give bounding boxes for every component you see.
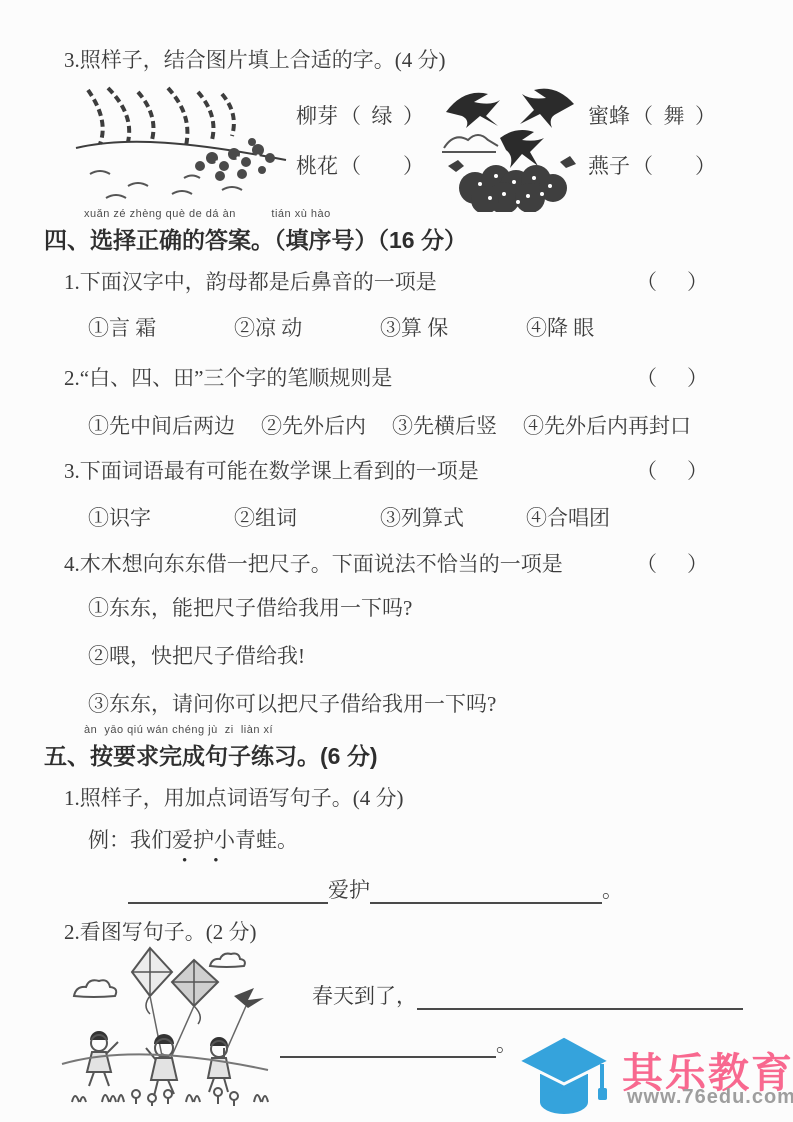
sec4-q4-text: 4.木木想向东东借一把尺子。下面说法不恰当的一项是 bbox=[64, 548, 563, 578]
swallows-flowers-illustration bbox=[440, 82, 580, 212]
fill-label: 桃花 bbox=[296, 154, 338, 178]
open-paren: （ bbox=[636, 459, 657, 483]
close-paren: ） bbox=[403, 104, 424, 128]
site-url: www.76edu.com bbox=[627, 1086, 793, 1109]
sec4-q2-options: ①先中间后两边 ②先外后内 ③先横后竖 ④先外后内再封口 bbox=[88, 410, 691, 440]
close-paren: ） bbox=[687, 366, 708, 390]
sec5-q1-text: 1.照样子，用加点词语写句子。(4 分) bbox=[64, 782, 404, 812]
open-paren: （ bbox=[340, 154, 361, 178]
fill-item-bee: 蜜蜂（舞） bbox=[588, 100, 718, 130]
option-3: ③算 保 bbox=[380, 312, 526, 342]
answer-blank bbox=[128, 878, 328, 904]
kite-flying-illustration bbox=[58, 944, 272, 1106]
open-paren: （ bbox=[636, 552, 657, 576]
example-sentence: 例：我们爱护小青蛙。 bbox=[88, 824, 298, 854]
close-paren: ） bbox=[695, 154, 716, 178]
answer-blank bbox=[417, 984, 743, 1010]
sec4-q1-text: 1.下面汉字中，韵母都是后鼻音的一项是 bbox=[64, 266, 437, 296]
option-2: ②先外后内 bbox=[261, 410, 366, 440]
example-prefix: 例：我们 bbox=[88, 828, 172, 852]
blossom-cluster bbox=[195, 138, 275, 181]
example-dotted-word: 爱护 bbox=[172, 828, 214, 852]
sec4-q3-options: ①识字 ②组词 ③列算式 ④合唱团 bbox=[88, 502, 610, 532]
option-2: ②组词 bbox=[234, 502, 380, 532]
example-suffix: 小青蛙。 bbox=[214, 828, 298, 852]
fill-label: 柳芽 bbox=[296, 104, 338, 128]
open-paren: （ bbox=[632, 154, 653, 178]
hill-outline bbox=[442, 135, 498, 152]
open-paren: （ bbox=[340, 104, 361, 128]
close-paren: ） bbox=[695, 104, 716, 128]
period: 。 bbox=[602, 874, 623, 904]
sec4-q3-text: 3.下面词语最有可能在数学课上看到的一项是 bbox=[64, 455, 479, 485]
option-1: ①言 霜 bbox=[88, 312, 234, 342]
option-4: ④合唱团 bbox=[526, 502, 610, 532]
fill-label: 燕子 bbox=[588, 154, 630, 178]
sec4-q4-answer-slot: （） bbox=[636, 548, 708, 578]
close-paren: ） bbox=[687, 552, 708, 576]
sec4-q1-answer-slot: （） bbox=[636, 266, 708, 296]
worksheet-page: 3.照样子，结合图片填上合适的字。(4 分) 柳芽（绿） bbox=[0, 0, 793, 1122]
q3-title: 3.照样子，结合图片填上合适的字。(4 分) bbox=[64, 44, 446, 74]
sec5-q2-prompt-line: 春天到了， bbox=[312, 980, 743, 1010]
sec4-title: 四、选择正确的答案。（填序号）（16 分） bbox=[44, 222, 467, 255]
kites bbox=[132, 948, 264, 1024]
sec4-pinyin: xuǎn zé zhèng què de dá àn tián xù hào bbox=[84, 208, 331, 220]
prompt-text: 春天到了， bbox=[312, 980, 417, 1010]
sec5-q2-text: 2.看图写句子。(2 分) bbox=[64, 916, 257, 946]
fill-label: 蜜蜂 bbox=[588, 104, 630, 128]
open-paren: （ bbox=[636, 270, 657, 294]
option-4: ④降 眼 bbox=[526, 312, 594, 342]
sec4-q1-options: ①言 霜 ②凉 动 ③算 保 ④降 眼 bbox=[88, 312, 594, 342]
graduation-cap-icon bbox=[514, 1034, 612, 1120]
sec5-q2-answer-line: 。 bbox=[280, 1028, 517, 1058]
close-paren: ） bbox=[687, 459, 708, 483]
kite-strings bbox=[150, 996, 246, 1060]
answer-blank bbox=[370, 878, 602, 904]
sec4-q3-answer-slot: （） bbox=[636, 455, 708, 485]
sec4-q2-answer-slot: （） bbox=[636, 362, 708, 392]
fill-item-willow-bud: 柳芽（绿） bbox=[296, 100, 426, 130]
close-paren: ） bbox=[403, 154, 424, 178]
open-paren: （ bbox=[636, 366, 657, 390]
option-4: ④先外后内再封口 bbox=[523, 410, 691, 440]
option-3: ③列算式 bbox=[380, 502, 526, 532]
sec4-q4-option-3: ③东东，请问你可以把尺子借给我用一下吗? bbox=[88, 688, 496, 718]
sec4-q2-text: 2.“白、四、田”三个字的笔顺规则是 bbox=[64, 362, 392, 392]
option-2: ②凉 动 bbox=[234, 312, 380, 342]
fill-word: 爱护 bbox=[328, 874, 370, 904]
sec5-title: 五、按要求完成句子练习。(6 分) bbox=[44, 738, 378, 771]
children bbox=[87, 1031, 230, 1096]
option-1: ①识字 bbox=[88, 502, 234, 532]
close-paren: ） bbox=[687, 270, 708, 294]
sec4-q4-option-1: ①东东，能把尺子借给我用一下吗? bbox=[88, 592, 412, 622]
fill-item-peach-blossom: 桃花（） bbox=[296, 150, 426, 180]
sec5-pinyin: àn yāo qiú wán chéng jù zi liàn xí bbox=[84, 724, 273, 736]
fill-answer: 绿 bbox=[363, 100, 401, 130]
fill-item-swallow: 燕子（） bbox=[588, 150, 718, 180]
answer-blank bbox=[280, 1032, 496, 1058]
sec4-q4-option-2: ②喂，快把尺子借给我! bbox=[88, 640, 305, 670]
fill-answer: 舞 bbox=[655, 100, 693, 130]
willow-pond-illustration bbox=[72, 86, 290, 206]
grass-and-flowers bbox=[72, 1088, 268, 1106]
sec5-q1-answer-line: 爱护。 bbox=[128, 874, 623, 904]
swallow-shapes bbox=[446, 89, 574, 168]
option-1: ①先中间后两边 bbox=[88, 410, 235, 440]
open-paren: （ bbox=[632, 104, 653, 128]
emphasis-dots: •• bbox=[182, 854, 245, 869]
option-3: ③先横后竖 bbox=[392, 410, 497, 440]
